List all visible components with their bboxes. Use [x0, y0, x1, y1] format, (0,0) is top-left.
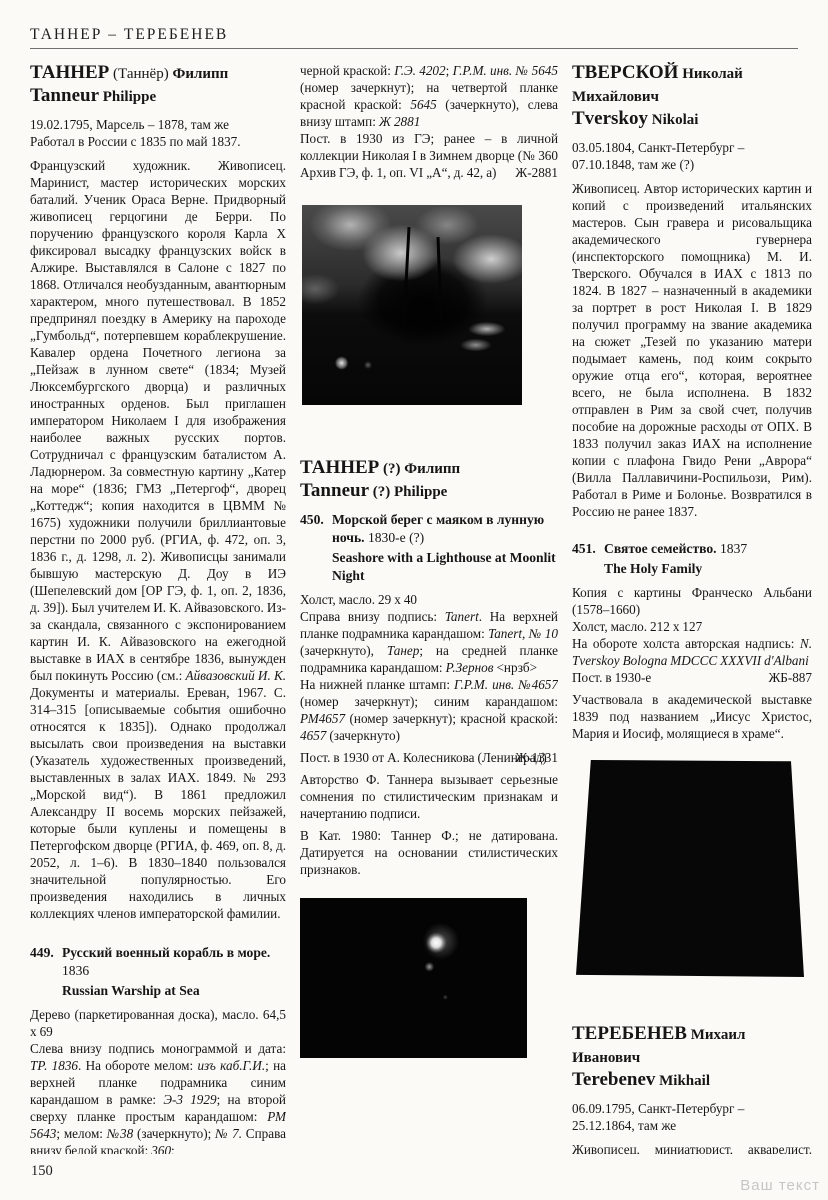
entry-451-medium: Холст, масло. 212 x 127	[572, 618, 812, 635]
entry-449-medium: Дерево (паркетированная доска), масло. 6…	[30, 1006, 286, 1040]
artist-life-dates: 19.02.1795, Марсель – 1878, там же	[30, 116, 286, 133]
entry-450-inscriptions-1: Справа внизу подпись: Tanert. На верхней…	[300, 608, 558, 676]
entry-titles: Русский военный корабль в море. 1836 Rus…	[62, 944, 286, 1000]
text-columns: ТАННЕР (Таннёр) Филипп Tanneur Philippe …	[0, 49, 828, 1154]
entry-number: 449.	[30, 944, 62, 1000]
entry-451-provenance: Пост. в 1930-е ЖБ-887	[572, 669, 812, 686]
entry-451-inscription: На обороте холста авторская надпись: N. …	[572, 635, 812, 669]
entry-title-ru: Русский военный корабль в море. 1836	[62, 944, 286, 980]
entry-451-heading: 451. Святое семейство. 1837 The Holy Fam…	[572, 540, 812, 578]
watermark-text: Ваш текст	[740, 1177, 820, 1194]
entry-450-medium: Холст, масло. 29 x 40	[300, 591, 558, 608]
entry-titles: Святое семейство. 1837 The Holy Family	[604, 540, 812, 578]
catalog-page: ТАННЕР – ТЕРЕБЕНЕВ ТАННЕР (Таннёр) Филип…	[0, 0, 828, 1200]
artist-birth-date: 06.09.1795, Санкт-Петербург –	[572, 1100, 812, 1117]
artist-patronymic: Иванович	[572, 1046, 812, 1069]
artist-work-dates: Работал в России с 1835 по май 1837.	[30, 133, 286, 150]
artist-name-ru: ТАННЕР (?) Филипп	[300, 457, 558, 480]
artist-name-latin: Tverskoy Nikolai	[572, 108, 812, 131]
artist-birth-date: 03.05.1804, Санкт-Петербург –	[572, 139, 812, 156]
entry-450-provenance: Пост. в 1930 от А. Колесникова (Ленингра…	[300, 749, 558, 766]
painting-450-illustration	[300, 898, 527, 1058]
artist-dates: 06.09.1795, Санкт-Петербург – 25.12.1864…	[572, 1100, 812, 1134]
page-number: 150	[31, 1163, 53, 1180]
artist-death-date: 25.12.1864, там же	[572, 1117, 812, 1134]
entry-449-inscriptions: Слева внизу подпись монограммой и дата: …	[30, 1040, 286, 1154]
artist-name-ru: ТВЕРСКОЙ Николай	[572, 62, 812, 85]
entry-number: 451.	[572, 540, 604, 578]
entry-title-ru: Морской берег с маяком в лунную ночь. 18…	[332, 511, 558, 547]
entry-titles: Морской берег с маяком в лунную ночь. 18…	[332, 511, 558, 585]
artist-heading-tanneur-attributed: ТАННЕР (?) Филипп Tanneur (?) Philippe	[300, 457, 558, 503]
entry-451-exhibition-note: Участвовала в академической выставке 183…	[572, 691, 812, 742]
accession-number: Ж-2881	[515, 164, 558, 181]
artist-name-latin: Terebenev Mikhail	[572, 1069, 812, 1092]
entry-title-en: Seashore with a Lighthouse at Moonlit Ni…	[332, 549, 558, 585]
artist-biography: Французский художник. Живописец. Маринис…	[30, 157, 286, 922]
artist-name-latin: Tanneur (?) Philippe	[300, 480, 558, 503]
painting-449-illustration	[302, 205, 522, 405]
artist-heading-tverskoy: ТВЕРСКОЙ Николай Михайлович Tverskoy Nik…	[572, 62, 812, 131]
column-2: черной краской: Г.Э. 4202; Г.Р.М. инв. №…	[300, 62, 558, 1154]
entry-450-note-catalog: В Кат. 1980: Таннер Ф.; не датирована. Д…	[300, 827, 558, 878]
entry-450-heading: 450. Морской берег с маяком в лунную ноч…	[300, 511, 558, 585]
accession-number: ЖБ-887	[768, 669, 812, 686]
artist-name-latin: Tanneur Philippe	[30, 85, 286, 108]
artist-biography: Живописец, миниатюрист, акварелист. Порт…	[572, 1141, 812, 1154]
artist-name-ru: ТАННЕР (Таннёр) Филипп	[30, 62, 286, 85]
entry-449-provenance: Пост. в 1930 из ГЭ; ранее – в личной кол…	[300, 130, 558, 181]
entry-449-heading: 449. Русский военный корабль в море. 183…	[30, 944, 286, 1000]
column-3: ТВЕРСКОЙ Николай Михайлович Tverskoy Nik…	[572, 62, 812, 1154]
artist-heading-terebenev: ТЕРЕБЕНЕВ Михаил Иванович Terebenev Mikh…	[572, 1023, 812, 1092]
entry-title-ru: Святое семейство. 1837	[604, 540, 812, 558]
ship-mast-silhouette	[403, 227, 411, 323]
entry-title-en: The Holy Family	[604, 560, 812, 578]
artist-dates: 19.02.1795, Марсель – 1878, там же Работ…	[30, 116, 286, 150]
entry-450-inscriptions-2: На нижней планке штамп: Г.Р.М. инв. №465…	[300, 676, 558, 744]
entry-449-inscriptions-continued: черной краской: Г.Э. 4202; Г.Р.М. инв. №…	[300, 62, 558, 130]
entry-number: 450.	[300, 511, 332, 585]
ship-mast-silhouette	[437, 237, 443, 321]
entry-title-en: Russian Warship at Sea	[62, 982, 286, 1000]
artist-patronymic: Михайлович	[572, 85, 812, 108]
artist-dates: 03.05.1804, Санкт-Петербург – 07.10.1848…	[572, 139, 812, 173]
accession-number: Ж-1331	[515, 749, 558, 766]
artist-biography: Живописец. Автор исторических картин и к…	[572, 180, 812, 520]
entry-451-copy-note: Копия с картины Франческо Альбани (1578–…	[572, 584, 812, 618]
painting-451-illustration	[576, 760, 804, 977]
provenance-text: Пост. в 1930 от А. Колесникова (Ленингра…	[300, 750, 547, 765]
provenance-text: Пост. в 1930-е	[572, 670, 651, 685]
column-1: ТАННЕР (Таннёр) Филипп Tanneur Philippe …	[30, 62, 286, 1154]
artist-heading-tanneur: ТАННЕР (Таннёр) Филипп Tanneur Philippe	[30, 62, 286, 108]
running-head: ТАННЕР – ТЕРЕБЕНЕВ	[30, 26, 798, 44]
artist-name-ru: ТЕРЕБЕНЕВ Михаил	[572, 1023, 812, 1046]
artist-death-date: 07.10.1848, там же (?)	[572, 156, 812, 173]
entry-450-note-attribution: Авторство Ф. Таннера вызывает серьезные …	[300, 771, 558, 822]
